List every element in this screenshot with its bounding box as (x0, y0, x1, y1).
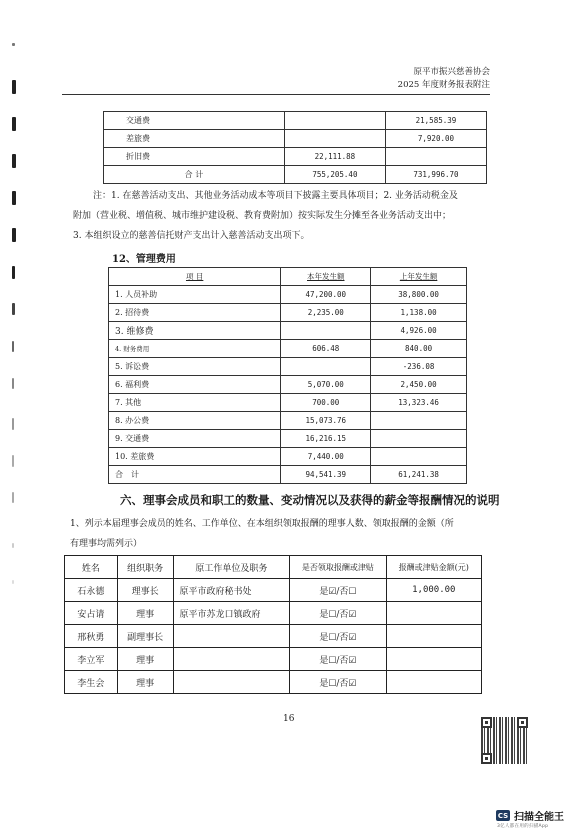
amount-cell (386, 625, 481, 648)
paid-checkbox-cell: 是☑/否☐ (290, 579, 386, 602)
paid-checkbox-cell: 是☐/否☑ (290, 625, 386, 648)
column-header: 上年发生额 (371, 268, 467, 286)
table-row: 3. 维修费 4,926.00 (109, 322, 467, 340)
note-line: 3. 本组织设立的慈善信托财产支出计入慈善活动支出项下。 (73, 226, 513, 246)
binding-mark (12, 80, 16, 94)
table-row: 石永德 理事长 原平市政府秘书处 是☑/否☐ 1,000.00 (65, 579, 482, 602)
item-cell: 4. 财务费用 (109, 340, 281, 358)
binding-mark (12, 455, 14, 467)
current-cell (281, 322, 371, 340)
previous-cell: 840.00 (371, 340, 467, 358)
binding-mark (12, 303, 15, 315)
current-cell: 22,111.88 (284, 148, 385, 166)
column-header: 组织职务 (117, 556, 173, 579)
item-cell: 5. 诉讼费 (109, 358, 281, 376)
item-cell: 8. 办公费 (109, 412, 281, 430)
current-cell: 700.00 (281, 394, 371, 412)
role-cell: 理事 (117, 602, 173, 625)
board-members-table: 姓名 组织职务 原工作单位及职务 是否领取报酬或津贴 报酬或津贴金额(元) 石永… (64, 555, 482, 694)
previous-cell: 4,926.00 (371, 322, 467, 340)
name-cell: 邢秋勇 (65, 625, 118, 648)
role-cell: 理事 (117, 671, 173, 694)
amount-cell (386, 671, 481, 694)
unit-cell (173, 671, 290, 694)
binding-mark (12, 154, 16, 168)
role-cell: 理事 (117, 648, 173, 671)
binding-mark (12, 341, 14, 352)
binding-mark (12, 378, 14, 389)
binding-mark (12, 117, 16, 131)
previous-cell (371, 448, 467, 466)
page-number: 16 (283, 714, 294, 724)
table-row: 李立军 理事 是☐/否☑ (65, 648, 482, 671)
binding-mark (12, 418, 14, 430)
binding-mark (12, 228, 16, 242)
instruction-line: 有理事均需列示） (70, 534, 498, 554)
previous-cell: 13,323.46 (371, 394, 467, 412)
business-expense-table-continued: 交通费 21,585.39 差旅费 7,920.00 折旧费 22,111.88… (103, 111, 487, 184)
name-cell: 石永德 (65, 579, 118, 602)
current-cell (281, 358, 371, 376)
item-cell: 7. 其他 (109, 394, 281, 412)
current-cell: 2,235.00 (281, 304, 371, 322)
column-header: 报酬或津贴金额(元) (386, 556, 481, 579)
previous-cell: -236.08 (371, 358, 467, 376)
current-cell: 7,440.00 (281, 448, 371, 466)
item-cell: 1. 人员补助 (109, 286, 281, 304)
paid-checkbox-cell: 是☐/否☑ (290, 671, 386, 694)
scanner-watermark: CS 扫描全能王 (496, 808, 564, 823)
column-header: 原工作单位及职务 (173, 556, 290, 579)
table-row: 安占请 理事 原平市苏龙口镇政府 是☐/否☑ (65, 602, 482, 625)
previous-cell: 1,138.00 (371, 304, 467, 322)
previous-cell: 38,800.00 (371, 286, 467, 304)
current-cell: 5,070.00 (281, 376, 371, 394)
amount-cell (386, 648, 481, 671)
table-row: 8. 办公费 15,073.76 (109, 412, 467, 430)
item-cell: 10. 差旅费 (109, 448, 281, 466)
current-cell: 15,073.76 (281, 412, 371, 430)
qr-finder-icon (481, 717, 492, 728)
current-cell: 47,200.00 (281, 286, 371, 304)
qr-finder-icon (517, 717, 528, 728)
binding-mark (12, 191, 16, 205)
item-cell: 合 计 (109, 466, 281, 484)
note-line: 注：1. 在慈善活动支出、其他业务活动成本等项目下披露主要具体项目；2. 业务活… (73, 186, 513, 206)
binding-mark (12, 580, 14, 584)
amount-cell (386, 602, 481, 625)
camscanner-logo-icon: CS (496, 810, 510, 821)
unit-cell (173, 648, 290, 671)
qr-finder-icon (481, 753, 492, 764)
previous-cell: 2,450.00 (371, 376, 467, 394)
table-row: 差旅费 7,920.00 (104, 130, 487, 148)
table-row: 邢秋勇 副理事长 是☐/否☑ (65, 625, 482, 648)
amount-cell: 1,000.00 (386, 579, 481, 602)
column-header: 姓名 (65, 556, 118, 579)
binding-mark (12, 492, 14, 503)
previous-cell (371, 430, 467, 448)
scanner-tagline: 3亿人都在用的扫描App (497, 823, 548, 829)
current-cell: 755,205.40 (284, 166, 385, 184)
current-cell: 606.48 (281, 340, 371, 358)
item-cell: 2. 招待费 (109, 304, 281, 322)
instruction-line: 1、列示本届理事会成员的姓名、工作单位、在本组织领取报酬的理事人数、领取报酬的金… (70, 514, 498, 534)
total-row: 合 计 94,541.39 61,241.38 (109, 466, 467, 484)
previous-cell (385, 148, 486, 166)
unit-cell: 原平市苏龙口镇政府 (173, 602, 290, 625)
table-row: 4. 财务费用 606.48 840.00 (109, 340, 467, 358)
scanner-app-name: 扫描全能王 (514, 808, 564, 823)
table-row: 6. 福利费 5,070.00 2,450.00 (109, 376, 467, 394)
current-cell (284, 130, 385, 148)
item-cell: 6. 福利费 (109, 376, 281, 394)
binding-mark (12, 543, 14, 548)
board-list-instruction: 1、列示本届理事会成员的姓名、工作单位、在本组织领取报酬的理事人数、领取报酬的金… (98, 514, 498, 554)
previous-cell: 731,996.70 (385, 166, 486, 184)
previous-cell: 7,920.00 (385, 130, 486, 148)
header-divider (62, 94, 490, 95)
role-cell: 理事长 (117, 579, 173, 602)
name-cell: 安占请 (65, 602, 118, 625)
item-cell: 交通费 (104, 112, 285, 130)
column-header: 项 目 (109, 268, 281, 286)
table-row: 5. 诉讼费 -236.08 (109, 358, 467, 376)
unit-cell (173, 625, 290, 648)
section-title-admin-expenses: 12、管理费用 (112, 250, 176, 265)
current-cell: 16,216.15 (281, 430, 371, 448)
item-cell: 3. 维修费 (109, 322, 281, 340)
item-cell: 折旧费 (104, 148, 285, 166)
unit-cell: 原平市政府秘书处 (173, 579, 290, 602)
table-row: 1. 人员补助 47,200.00 38,800.00 (109, 286, 467, 304)
total-row: 合 计 755,205.40 731,996.70 (104, 166, 487, 184)
table-row: 交通费 21,585.39 (104, 112, 487, 130)
table-header-row: 姓名 组织职务 原工作单位及职务 是否领取报酬或津贴 报酬或津贴金额(元) (65, 556, 482, 579)
current-cell: 94,541.39 (281, 466, 371, 484)
table-row: 7. 其他 700.00 13,323.46 (109, 394, 467, 412)
footnote: 注：1. 在慈善活动支出、其他业务活动成本等项目下披露主要具体项目；2. 业务活… (73, 186, 513, 246)
admin-expense-table: 项 目 本年发生额 上年发生额 1. 人员补助 47,200.00 38,800… (108, 267, 467, 484)
table-row: 折旧费 22,111.88 (104, 148, 487, 166)
report-subtitle: 2025 年度财务报表附注 (398, 79, 490, 92)
item-cell: 差旅费 (104, 130, 285, 148)
table-row: 10. 差旅费 7,440.00 (109, 448, 467, 466)
org-name: 原平市振兴慈善协会 (398, 66, 490, 79)
qr-code (481, 717, 528, 764)
role-cell: 副理事长 (117, 625, 173, 648)
table-row: 李生会 理事 是☐/否☑ (65, 671, 482, 694)
paid-checkbox-cell: 是☐/否☑ (290, 648, 386, 671)
current-cell (284, 112, 385, 130)
previous-cell (371, 412, 467, 430)
section-title-board-compensation: 六、理事会成员和职工的数量、变动情况以及获得的薪金等报酬情况的说明 (120, 492, 500, 508)
page-header: 原平市振兴慈善协会 2025 年度财务报表附注 (398, 66, 490, 92)
previous-cell: 61,241.38 (371, 466, 467, 484)
previous-cell: 21,585.39 (385, 112, 486, 130)
name-cell: 李立军 (65, 648, 118, 671)
binding-mark (12, 266, 15, 279)
table-header-row: 项 目 本年发生额 上年发生额 (109, 268, 467, 286)
paid-checkbox-cell: 是☐/否☑ (290, 602, 386, 625)
item-cell: 9. 交通费 (109, 430, 281, 448)
name-cell: 李生会 (65, 671, 118, 694)
table-row: 2. 招待费 2,235.00 1,138.00 (109, 304, 467, 322)
note-line: 附加（营业税、增值税、城市维护建设税、教育费附加）按实际发生分摊至各业务活动支出… (73, 206, 513, 226)
column-header: 是否领取报酬或津贴 (290, 556, 386, 579)
column-header: 本年发生额 (281, 268, 371, 286)
binding-mark (12, 43, 15, 46)
item-cell: 合 计 (104, 166, 285, 184)
table-row: 9. 交通费 16,216.15 (109, 430, 467, 448)
